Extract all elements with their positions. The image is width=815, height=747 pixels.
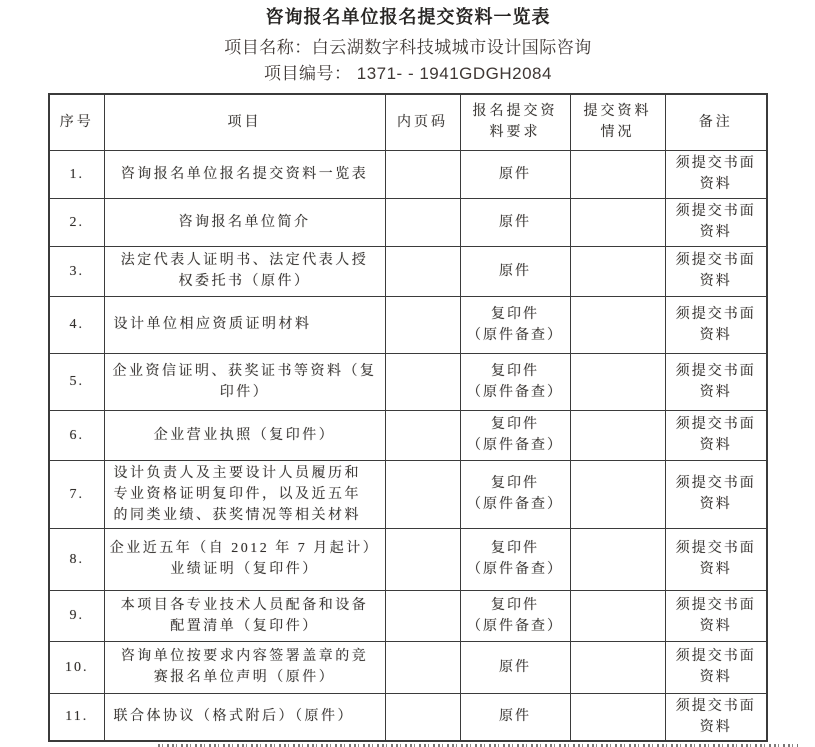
cell-item: 企业营业执照（复印件） [104, 410, 385, 460]
table-row: 10. 咨询单位按要求内容签署盖章的竞 赛报名单位声明（原件） 原件 须提交书面… [49, 641, 767, 693]
cell-item: 设计负责人及主要设计人员履历和 专业资格证明复印件，以及近五年 的同类业绩、获奖… [104, 460, 385, 528]
cell-num: 5. [49, 353, 104, 410]
cell-requirement: 原件 [460, 693, 570, 741]
cell-page-code [385, 296, 460, 353]
cell-status [570, 528, 665, 590]
cell-requirement: 复印件 （原件备查） [460, 528, 570, 590]
cell-status [570, 353, 665, 410]
cell-remark: 须提交书面 资料 [665, 693, 767, 741]
cell-num: 8. [49, 528, 104, 590]
table-row: 3. 法定代表人证明书、法定代表人授 权委托书（原件） 原件 须提交书面 资料 [49, 246, 767, 296]
cell-requirement: 复印件 （原件备查） [460, 460, 570, 528]
cell-status [570, 590, 665, 641]
cell-page-code [385, 528, 460, 590]
cell-remark: 须提交书面 资料 [665, 528, 767, 590]
table-row: 2. 咨询报名单位简介 原件 须提交书面 资料 [49, 198, 767, 246]
cell-num: 11. [49, 693, 104, 741]
cell-num: 7. [49, 460, 104, 528]
cell-num: 9. [49, 590, 104, 641]
materials-table: 序号 项目 内页码 报名提交资 料要求 提交资料 情况 备注 1. 咨询报名单位… [48, 93, 768, 742]
table-row: 11. 联合体协议（格式附后）（原件） 原件 须提交书面 资料 [49, 693, 767, 741]
cell-status [570, 296, 665, 353]
header-cell-num: 序号 [49, 94, 104, 150]
cell-page-code [385, 693, 460, 741]
project-name-line: 项目名称：白云湖数字科技城城市设计国际咨询 [48, 36, 768, 60]
truncated-text-strip [158, 744, 798, 747]
cell-page-code [385, 150, 460, 198]
cell-item: 咨询报名单位简介 [104, 198, 385, 246]
cell-status [570, 641, 665, 693]
table-row: 5. 企业资信证明、获奖证书等资料（复 印件） 复印件 （原件备查） 须提交书面… [49, 353, 767, 410]
cell-requirement: 原件 [460, 150, 570, 198]
cell-remark: 须提交书面 资料 [665, 150, 767, 198]
cell-item: 本项目各专业技术人员配备和设备 配置清单（复印件） [104, 590, 385, 641]
cell-requirement: 复印件 （原件备查） [460, 296, 570, 353]
header-cell-remark: 备注 [665, 94, 767, 150]
cell-remark: 须提交书面 资料 [665, 246, 767, 296]
table-row: 8. 企业近五年（自 2012 年 7 月起计） 业绩证明（复印件） 复印件 （… [49, 528, 767, 590]
cell-item: 联合体协议（格式附后）（原件） [104, 693, 385, 741]
cell-remark: 须提交书面 资料 [665, 410, 767, 460]
cell-num: 3. [49, 246, 104, 296]
cell-page-code [385, 246, 460, 296]
cell-num: 1. [49, 150, 104, 198]
cell-requirement: 复印件 （原件备查） [460, 410, 570, 460]
table-row: 4. 设计单位相应资质证明材料 复印件 （原件备查） 须提交书面 资料 [49, 296, 767, 353]
cell-status [570, 246, 665, 296]
cell-remark: 须提交书面 资料 [665, 198, 767, 246]
table-row: 1. 咨询报名单位报名提交资料一览表 原件 须提交书面 资料 [49, 150, 767, 198]
cell-item: 企业近五年（自 2012 年 7 月起计） 业绩证明（复印件） [104, 528, 385, 590]
cell-remark: 须提交书面 资料 [665, 460, 767, 528]
cell-requirement: 复印件 （原件备查） [460, 353, 570, 410]
cell-status [570, 693, 665, 741]
cell-item: 企业资信证明、获奖证书等资料（复 印件） [104, 353, 385, 410]
page-title: 咨询报名单位报名提交资料一览表 [48, 0, 768, 29]
cell-item: 咨询报名单位报名提交资料一览表 [104, 150, 385, 198]
cell-page-code [385, 410, 460, 460]
cell-page-code [385, 198, 460, 246]
cell-remark: 须提交书面 资料 [665, 353, 767, 410]
table-row: 7. 设计负责人及主要设计人员履历和 专业资格证明复印件，以及近五年 的同类业绩… [49, 460, 767, 528]
cell-page-code [385, 460, 460, 528]
cell-num: 10. [49, 641, 104, 693]
header-cell-page-code: 内页码 [385, 94, 460, 150]
cell-remark: 须提交书面 资料 [665, 641, 767, 693]
cell-requirement: 原件 [460, 198, 570, 246]
cell-status [570, 198, 665, 246]
table-header-row: 序号 项目 内页码 报名提交资 料要求 提交资料 情况 备注 [49, 94, 767, 150]
cell-num: 6. [49, 410, 104, 460]
table-row: 9. 本项目各专业技术人员配备和设备 配置清单（复印件） 复印件 （原件备查） … [49, 590, 767, 641]
cell-num: 4. [49, 296, 104, 353]
cell-requirement: 原件 [460, 246, 570, 296]
cell-requirement: 原件 [460, 641, 570, 693]
project-number-line: 项目编号： 1371- - 1941GDGH2084 [48, 62, 768, 86]
cell-num: 2. [49, 198, 104, 246]
cell-requirement: 复印件 （原件备查） [460, 590, 570, 641]
cell-item: 设计单位相应资质证明材料 [104, 296, 385, 353]
header-cell-item: 项目 [104, 94, 385, 150]
document-page: 咨询报名单位报名提交资料一览表 项目名称：白云湖数字科技城城市设计国际咨询 项目… [0, 0, 768, 747]
header-cell-status: 提交资料 情况 [570, 94, 665, 150]
cell-page-code [385, 353, 460, 410]
cell-status [570, 150, 665, 198]
cell-status [570, 460, 665, 528]
cell-remark: 须提交书面 资料 [665, 590, 767, 641]
cell-page-code [385, 590, 460, 641]
cell-item: 法定代表人证明书、法定代表人授 权委托书（原件） [104, 246, 385, 296]
table-row: 6. 企业营业执照（复印件） 复印件 （原件备查） 须提交书面 资料 [49, 410, 767, 460]
header-cell-requirement: 报名提交资 料要求 [460, 94, 570, 150]
cell-remark: 须提交书面 资料 [665, 296, 767, 353]
cell-status [570, 410, 665, 460]
cell-page-code [385, 641, 460, 693]
cell-item: 咨询单位按要求内容签署盖章的竞 赛报名单位声明（原件） [104, 641, 385, 693]
